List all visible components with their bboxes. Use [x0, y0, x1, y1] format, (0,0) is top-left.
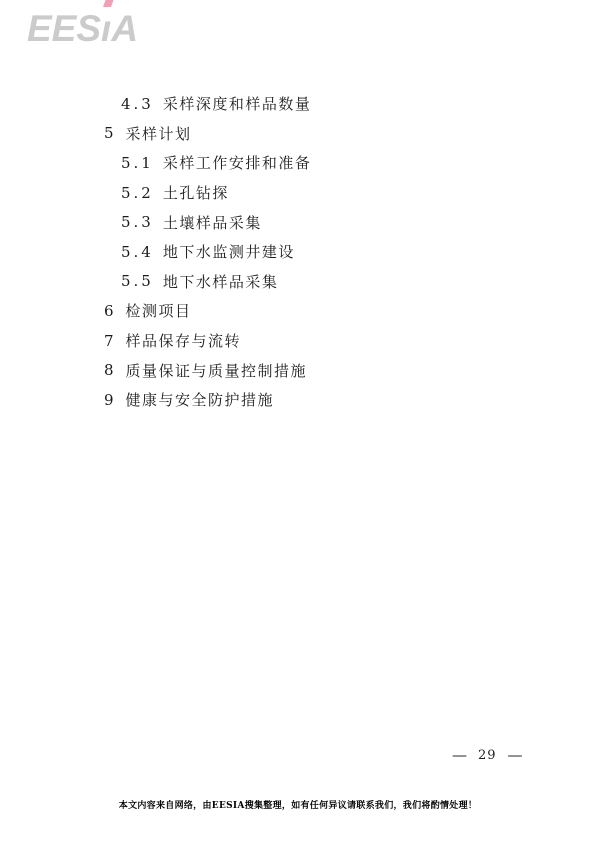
toc-item: 5.2 土孔钻探 [104, 178, 311, 208]
toc-item-number: 5.5 [121, 272, 154, 290]
toc-item: 5.5 地下水样品采集 [104, 267, 311, 297]
document-page: EESıA 4.3 采样深度和样品数量 5 采样计划 5.1 采样工作安排和准备… [0, 0, 596, 842]
page-number-dash-right: — [508, 748, 523, 763]
page-number: 29 [478, 748, 497, 763]
footer-disclaimer: 本文内容来自网络，由EESIA搜集整理，如有任何异议请联系我们，我们将酌情处理！ [0, 800, 596, 813]
logo-text-post: A [111, 8, 138, 49]
toc-item-number: 6 [104, 302, 117, 320]
toc-item-number: 5.1 [121, 154, 154, 172]
toc-item-label: 采样计划 [126, 123, 192, 144]
toc-item-number: 5.3 [121, 213, 154, 231]
toc-item: 6 检测项目 [104, 296, 311, 326]
toc-item: 5.3 土壤样品采集 [104, 207, 311, 237]
toc-item-label: 质量保证与质量控制措施 [126, 360, 308, 381]
toc-item-number: 8 [104, 361, 117, 379]
logo-text-pre: EES [27, 8, 101, 49]
logo-i-base: ı [101, 8, 111, 49]
toc-item-label: 健康与安全防护措施 [126, 389, 275, 410]
eesia-logo: EESıA [27, 8, 138, 54]
toc-item: 5.4 地下水监测井建设 [104, 237, 311, 267]
toc-item: 9 健康与安全防护措施 [104, 385, 311, 415]
toc-item-number: 5 [104, 124, 117, 142]
toc-item-label: 地下水监测井建设 [163, 241, 295, 262]
toc-item-label: 土壤样品采集 [163, 212, 262, 233]
toc-item-number: 4.3 [121, 95, 154, 113]
toc-list: 4.3 采样深度和样品数量 5 采样计划 5.1 采样工作安排和准备 5.2 土… [104, 89, 311, 415]
toc-item: 7 样品保存与流转 [104, 326, 311, 356]
toc-item-number: 5.4 [121, 243, 154, 261]
toc-item-label: 土孔钻探 [163, 182, 229, 203]
toc-item: 5.1 采样工作安排和准备 [104, 148, 311, 178]
page-number-dash-left: — [452, 748, 467, 763]
toc-item-label: 采样深度和样品数量 [163, 93, 312, 114]
toc-item-label: 采样工作安排和准备 [163, 152, 312, 173]
toc-item: 5 采样计划 [104, 119, 311, 149]
toc-item-label: 地下水样品采集 [163, 271, 279, 292]
toc-item-number: 7 [104, 332, 117, 350]
logo-letter-i: ı [101, 8, 111, 50]
page-number-row: — 29 — [452, 746, 523, 764]
toc-item-number: 5.2 [121, 184, 154, 202]
toc-item-label: 检测项目 [126, 300, 192, 321]
toc-item-number: 9 [104, 391, 117, 409]
toc-item-label: 样品保存与流转 [126, 330, 242, 351]
toc-item: 4.3 采样深度和样品数量 [104, 89, 311, 119]
logo-accent-mark-icon [103, 0, 115, 7]
toc-item: 8 质量保证与质量控制措施 [104, 355, 311, 385]
